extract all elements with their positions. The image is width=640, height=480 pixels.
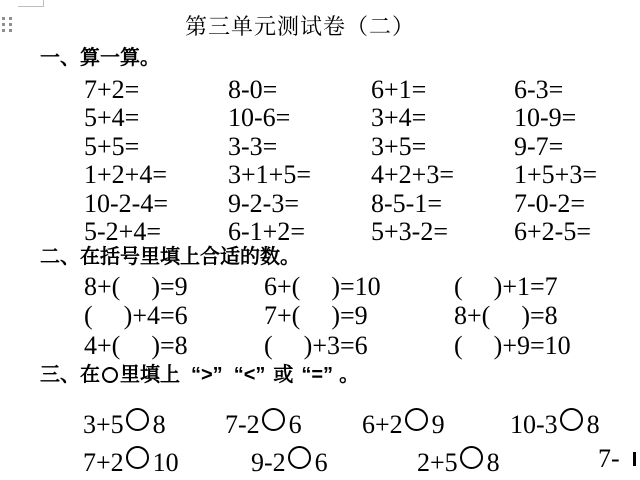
calc-problem: 6-1+2= — [228, 218, 371, 246]
circle-blank-icon — [102, 367, 118, 383]
lt-symbol-quoted: “<” — [234, 364, 266, 386]
calc-problem: 1+2+4= — [84, 161, 228, 189]
compare-left: 7-2 — [225, 410, 260, 439]
compare-item: 2+58 — [417, 446, 500, 476]
fill-pre: ( — [84, 301, 93, 330]
fill-post: )=9 — [331, 301, 367, 330]
calc-problem: 6+1= — [371, 76, 514, 104]
compare-left: 7- — [598, 444, 620, 473]
fill-post: )=9 — [151, 272, 187, 301]
circle-blank-icon[interactable] — [288, 446, 311, 469]
calc-problem: 3+1+5= — [228, 161, 371, 189]
clipped-glyph-fragment — [633, 452, 636, 466]
calc-problem: 7-0-2= — [514, 190, 636, 218]
compare-item: 7+210 — [83, 446, 179, 476]
fill-post: )=8 — [151, 331, 187, 360]
calc-problem: 5+3-2= — [371, 218, 514, 246]
calc-problem: 10-2-4= — [84, 190, 228, 218]
compare-left: 10-3 — [510, 410, 558, 439]
fill-post: )+3=6 — [304, 331, 368, 360]
compare-left: 2+5 — [417, 448, 458, 477]
fill-post: )+9=10 — [494, 331, 571, 360]
compare-right: 8 — [487, 448, 500, 477]
compare-item: 10-38 — [510, 408, 600, 438]
fill-post: )+1=7 — [494, 272, 558, 301]
fill-grid: 8+()=9 6+()=10 ()+1=7 ()+4=6 7+()=9 8+()… — [84, 272, 636, 360]
worksheet-page: 第三单元测试卷（二） 一、算一算。 7+2= 8-0= 6+1= 6-3= 5+… — [0, 0, 640, 480]
calc-problem: 6-3= — [514, 76, 636, 104]
fill-problem: 7+()=9 — [264, 301, 454, 330]
eq-symbol-quoted: “=” — [301, 364, 333, 386]
calc-problem: 4+2+3= — [371, 161, 514, 189]
calc-problem: 10-6= — [228, 104, 371, 132]
circle-blank-icon[interactable] — [560, 408, 583, 431]
compare-item: 3+58 — [83, 408, 166, 438]
fill-pre: 8+( — [454, 301, 490, 330]
fill-pre: ( — [454, 331, 463, 360]
compare-right: 8 — [153, 410, 166, 439]
compare-left: 9-2 — [251, 448, 286, 477]
calc-problem: 6+2-5= — [514, 218, 636, 246]
fill-pre: 4+( — [84, 331, 120, 360]
compare-item-clipped: 7- — [598, 446, 620, 472]
circle-blank-icon[interactable] — [126, 446, 149, 469]
compare-item: 6+29 — [362, 408, 445, 438]
fill-pre: ( — [454, 272, 463, 301]
compare-item: 9-26 — [251, 446, 328, 476]
fill-problem: 6+()=10 — [264, 272, 454, 301]
circle-blank-icon[interactable] — [126, 408, 149, 431]
calc-problem: 9-2-3= — [228, 190, 371, 218]
heading-text: 三、在 — [40, 364, 100, 386]
calc-problem: 7+2= — [84, 76, 228, 104]
compare-left: 3+5 — [83, 410, 124, 439]
fill-pre: 7+( — [264, 301, 300, 330]
calc-problem: 1+5+3= — [514, 161, 636, 189]
fill-post: )=10 — [331, 272, 380, 301]
circle-blank-icon[interactable] — [405, 408, 428, 431]
fill-problem: ()+1=7 — [454, 272, 636, 301]
fill-problem: ()+4=6 — [84, 301, 264, 330]
compare-right: 8 — [587, 410, 600, 439]
fill-post: )+4=6 — [124, 301, 188, 330]
section-1-heading: 一、算一算。 — [40, 47, 160, 70]
heading-period: 。 — [339, 364, 359, 386]
fill-post: )=8 — [521, 301, 557, 330]
calc-problem: 3-3= — [228, 133, 371, 161]
calc-problem: 9-7= — [514, 133, 636, 161]
fill-problem: 8+()=9 — [84, 272, 264, 301]
fill-pre: 8+( — [84, 272, 120, 301]
gt-symbol-quoted: “>” — [191, 364, 223, 386]
fill-problem: ()+9=10 — [454, 331, 636, 360]
calc-problem: 3+5= — [371, 133, 514, 161]
compare-left: 7+2 — [83, 448, 124, 477]
fill-problem: 8+()=8 — [454, 301, 636, 330]
section-3-heading: 三、在里填上“>”“<”或“=”。 — [40, 364, 359, 387]
worksheet-title: 第三单元测试卷（二） — [0, 14, 600, 40]
calc-problem: 10-9= — [514, 104, 636, 132]
circle-blank-icon[interactable] — [460, 446, 483, 469]
compare-left: 6+2 — [362, 410, 403, 439]
compare-right: 6 — [289, 410, 302, 439]
heading-text: 里填上 — [120, 364, 180, 386]
circle-blank-icon[interactable] — [262, 408, 285, 431]
fill-pre: ( — [264, 331, 273, 360]
section-2-heading: 二、在括号里填上合适的数。 — [40, 246, 300, 269]
compare-item: 7-26 — [225, 408, 302, 438]
fill-pre: 6+( — [264, 272, 300, 301]
compare-right: 10 — [153, 448, 179, 477]
calc-grid: 7+2= 8-0= 6+1= 6-3= 5+4= 10-6= 3+4= 10-9… — [84, 76, 636, 246]
calc-problem: 3+4= — [371, 104, 514, 132]
or-word: 或 — [273, 364, 293, 386]
compare-right: 6 — [315, 448, 328, 477]
calc-problem: 5+4= — [84, 104, 228, 132]
calc-problem: 5+5= — [84, 133, 228, 161]
calc-problem: 8-0= — [228, 76, 371, 104]
compare-right: 9 — [432, 410, 445, 439]
fill-problem: 4+()=8 — [84, 331, 264, 360]
calc-problem: 5-2+4= — [84, 218, 228, 246]
calc-problem: 8-5-1= — [371, 190, 514, 218]
fill-problem: ()+3=6 — [264, 331, 454, 360]
